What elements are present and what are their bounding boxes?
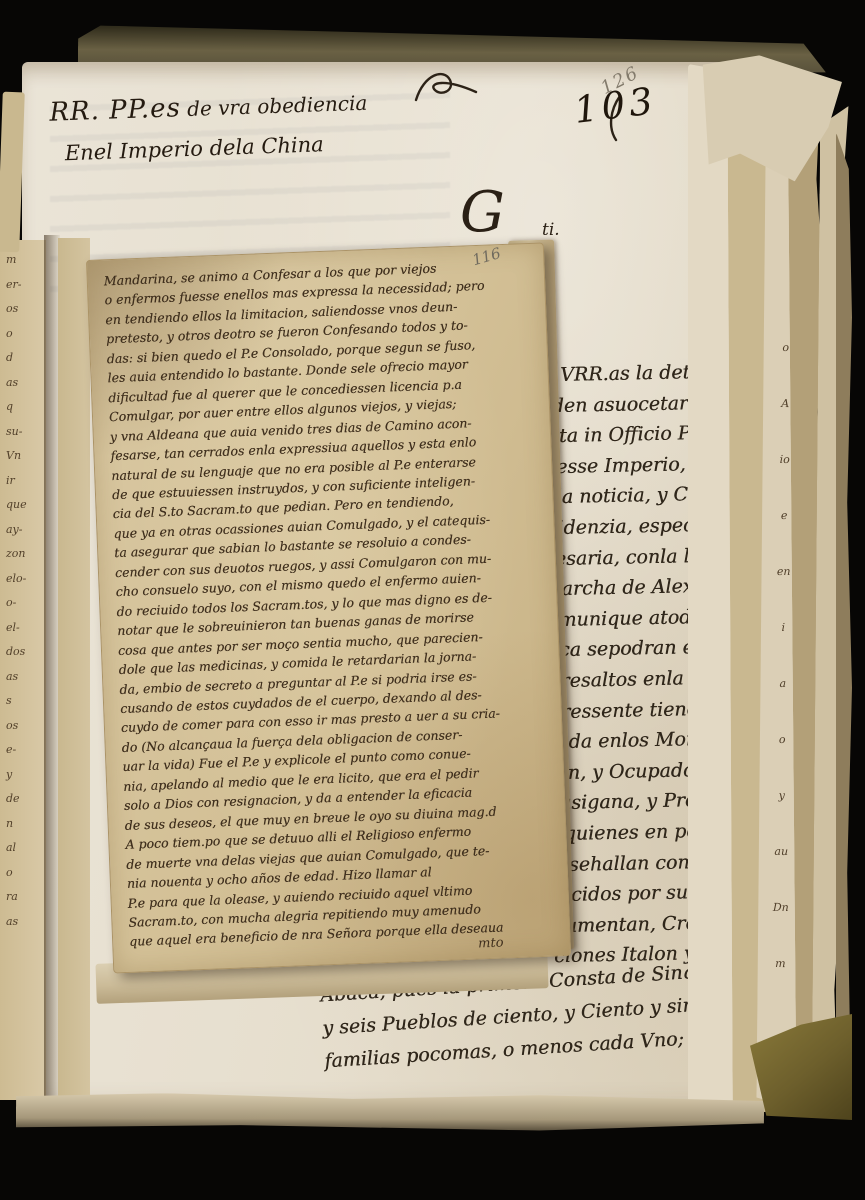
- line-end-fragment: o: [6, 861, 46, 886]
- line-end-fragment: o-: [6, 591, 46, 616]
- left-margin-strip: [58, 238, 90, 1098]
- line-end-fragment: o: [6, 322, 46, 347]
- line-end-fragment: d: [6, 346, 46, 371]
- line-end-fragment: e-: [6, 738, 46, 763]
- bottom-page-block-edge: [16, 1093, 764, 1132]
- line-end-fragment: y: [6, 763, 46, 788]
- ink-flourish-icon: [410, 66, 482, 110]
- edge-letter-fragment: Dn: [764, 880, 798, 936]
- line-end-fragment: dos: [6, 640, 46, 665]
- folio-number-ink: 103: [572, 79, 659, 132]
- overlay-text-block: Mandarina, se animo a Confesar a los que…: [103, 255, 557, 952]
- line-end-fragment: zon: [6, 542, 46, 567]
- line-end-fragment: ra: [6, 885, 46, 910]
- line-end-fragment: de: [6, 787, 46, 812]
- edge-letter-fragment: a: [766, 656, 800, 712]
- line-end-fragment: Vn: [6, 444, 46, 469]
- line-end-fragment: el-: [6, 616, 46, 641]
- line-end-fragment: que: [6, 493, 46, 518]
- line-end-fragment: as: [6, 665, 46, 690]
- catchword: mto: [478, 935, 504, 951]
- edge-letter-fragment: io: [767, 432, 801, 488]
- edge-letter-fragment: y: [765, 768, 799, 824]
- overlay-page: 116 Mandarina, se animo a Confesar a los…: [86, 242, 571, 973]
- line-end-fragment: ir: [6, 469, 46, 494]
- edge-letter-fragment: en: [766, 544, 800, 600]
- left-page-edge-strip: mer-osodasqsu-Vnirqueay-zonelo-o-el-dosa…: [0, 240, 46, 1100]
- edge-letter-fragment: e: [767, 488, 801, 544]
- edge-letter-fragment: o: [765, 712, 799, 768]
- torn-edge-strip: [836, 132, 852, 1058]
- line-end-fragment: os: [6, 714, 46, 739]
- line-end-fragment: as: [6, 910, 46, 935]
- partial-initial-letter: G: [460, 180, 505, 245]
- edge-letter-fragment: i: [766, 600, 800, 656]
- heading-abbrev: RR. PP.es: [49, 93, 181, 128]
- manuscript-photo: RR. PP.es de vra obediencia Enel Imperio…: [0, 0, 865, 1200]
- left-page-fragments: mer-osodasqsu-Vnirqueay-zonelo-o-el-dosa…: [6, 248, 46, 934]
- edge-letter-fragment: m: [763, 936, 797, 992]
- edge-letter-fragment: o: [768, 320, 802, 376]
- line-end-fragment: elo-: [6, 567, 46, 592]
- line-end-fragment: al: [6, 836, 46, 861]
- line-end-fragment: os: [6, 297, 46, 322]
- line-end-fragment: n: [6, 812, 46, 837]
- line-end-fragment: su-: [6, 420, 46, 445]
- line-end-fragment: er-: [6, 273, 46, 298]
- edge-letter-fragment: A: [768, 376, 802, 432]
- page-heading: RR. PP.es de vra obediencia Enel Imperio…: [49, 86, 381, 165]
- partial-word: ti.: [542, 220, 560, 240]
- heading-rest: de vra obediencia: [180, 91, 367, 121]
- line-end-fragment: as: [6, 371, 46, 396]
- line-end-fragment: ay-: [6, 518, 46, 543]
- fore-edge-fragments: oAioeeniaoyauDnm: [763, 320, 803, 992]
- line-end-fragment: q: [6, 395, 46, 420]
- edge-letter-fragment: au: [764, 824, 798, 880]
- line-end-fragment: s: [6, 689, 46, 714]
